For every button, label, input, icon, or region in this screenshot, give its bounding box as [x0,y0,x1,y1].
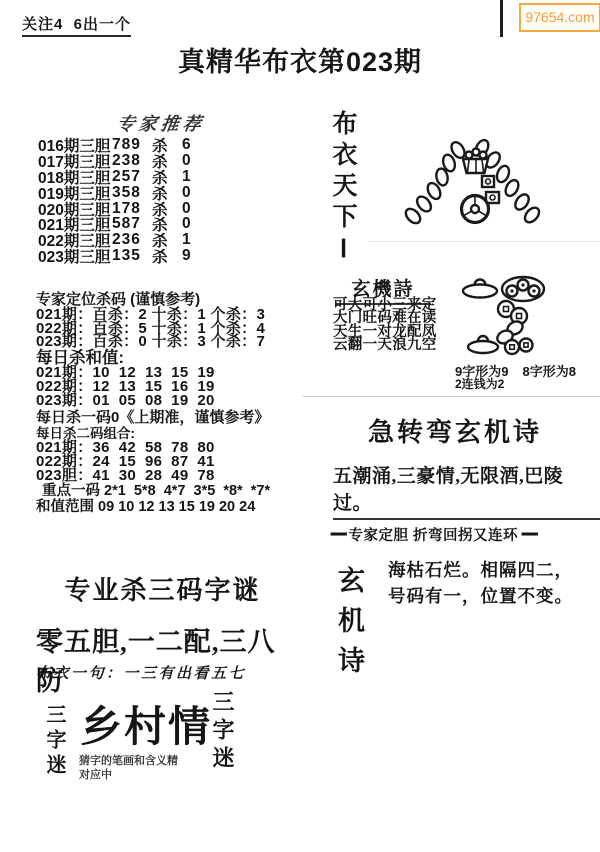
page-title: 真精华布衣第023期 [0,40,600,79]
banner-deco-right: ━━ [522,527,535,543]
bottom-poem-line2: 号码有一，位置不变。 [388,583,573,608]
sum-range-line: 和值范围 09 10 12 13 15 19 20 24 [36,500,304,514]
digits-cell: 135 [112,247,152,265]
banner-text: 专家定胆 折弯回拐又连环 [344,524,522,545]
dingwei-row: 023期：百杀：0 十杀：3 个杀：7 [36,335,304,349]
riddle-note-line1: 猜字的笔画和含义精 [79,754,178,768]
riddle-note-line2: 对应中 [79,768,178,782]
section-divider-light [368,241,600,242]
shaerma-row: 023胆：41 30 28 49 78 [36,469,304,483]
header-divider [500,0,503,37]
history-table: 016期三胆 789 杀 6 017期三胆 238 杀 0 018期三胆 257… [38,137,191,264]
riddle-note: 猜字的笔画和含义精 对应中 [79,754,178,782]
top-note: 关注4 6出一个 [22,13,131,37]
expert-dan-banner: ━━ 专家定胆 折弯回拐又连环 ━━ [331,524,577,545]
buyi-sentence: 布衣一句：一三有出看五七 [36,662,246,683]
caption-8: 8字形为8 [522,364,575,379]
page: { "header": { "note": "关注4 6出一个", "site"… [0,0,600,852]
riddle-side-label-right: 三字迷 [207,690,238,774]
kill-label: 杀 [152,245,174,267]
key-number-label: 重点一码 [42,483,100,499]
chain-puzzle-drawing [398,136,560,241]
sharp-turn-title: 急转弯玄机诗 [330,412,580,449]
kill3-riddle-title: 专业杀三码字谜 [40,570,285,607]
key-number-value: 2*1 5*8 4*7 3*5 *8* *7* [104,483,270,499]
period-cell: 023期三胆 [38,245,112,267]
riddle-main-answer: 乡村情 [80,694,212,754]
shahe-row: 023期：01 05 08 19 20 [36,394,304,408]
buyi-tianxia-title: 布衣天下Ⅰ [324,110,360,269]
sum-range-label: 和值范围 [36,499,94,515]
sum-range-value: 09 10 12 13 15 19 20 24 [98,499,255,515]
site-link[interactable]: 97654.com [519,3,600,32]
caption-2: 2连钱为2 [455,375,504,392]
riddle-side-label-left: 三字迷 [40,704,69,779]
kill-value: 9 [174,247,191,265]
daily-kill-block: 专家定位杀码 (谨慎参考) 021期：百杀：2 十杀：1 个杀：3 022期：百… [36,291,304,514]
xuanji-poem: 可大可小三来定 大门旺码难在读 天生一对龙配凤 云翻一天浪九空 [333,299,437,353]
key-number-line: 重点一码 2*1 5*8 4*7 3*5 *8* *7* [36,484,304,500]
shayima-line: 每日杀一码0《上期准，谨慎参考》 [36,409,304,426]
kill3-riddle-line: 零五胆,一二配,三八防 [36,620,296,698]
history-title: 专家推荐 [84,110,238,136]
poem-line: 云翻一天浪九空 [333,339,437,352]
section-divider [303,396,600,397]
banner-deco-left: ━━ [331,527,344,543]
ingot-puzzle-drawing [453,272,557,365]
bottom-poem-line1: 海枯石烂。相隔四二， [388,557,573,582]
table-row: 023期三胆 135 杀 9 [38,248,191,264]
bottom-poem-title: 玄机诗 [330,566,369,686]
sharp-turn-line: 五潮涌,三豪情,无限酒,巴陵过。 [333,461,600,520]
